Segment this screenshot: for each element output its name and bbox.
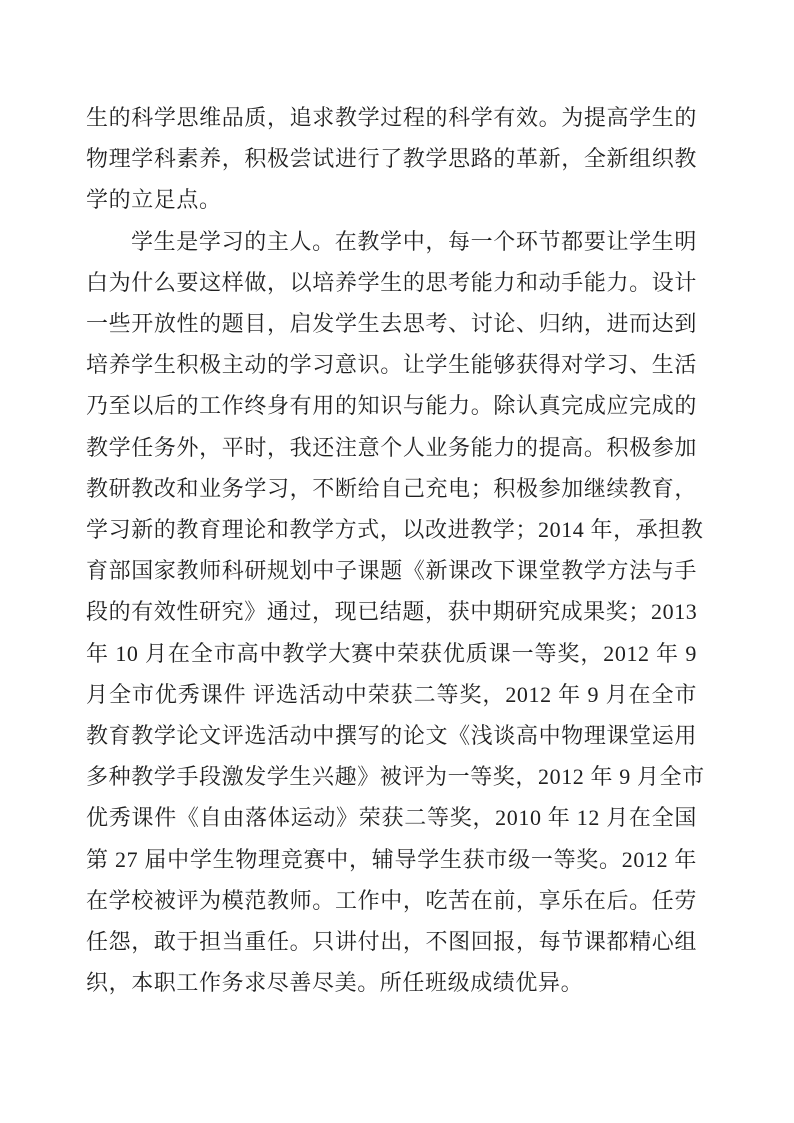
text-line: 第 27 届中学生物理竞赛中，辅导学生获市级一等奖。2012 年	[86, 839, 697, 880]
text-line: 教研教改和业务学习，不断给自己充电；积极参加继续教育，	[86, 468, 697, 509]
paragraph: 生的科学思维品质，追求教学过程的科学有效。为提高学生的物理学科素养，积极尝试进行…	[86, 97, 697, 221]
text-line: 月全市优秀课件 评选活动中荣获二等奖，2012 年 9 月在全市	[86, 674, 697, 715]
paragraph: 学生是学习的主人。在教学中，每一个环节都要让学生明白为什么要这样做，以培养学生的…	[86, 221, 697, 1004]
text-line: 任怨，敢于担当重任。只讲付出，不图回报，每节课都精心组	[86, 921, 697, 962]
text-line: 育部国家教师科研规划中子课题《新课改下课堂教学方法与手	[86, 550, 697, 591]
text-line: 培养学生积极主动的学习意识。让学生能够获得对学习、生活	[86, 344, 697, 385]
text-line: 一些开放性的题目，启发学生去思考、讨论、归纳，进而达到	[86, 303, 697, 344]
text-line: 乃至以后的工作终身有用的知识与能力。除认真完成应完成的	[86, 385, 697, 426]
text-line: 在学校被评为模范教师。工作中，吃苦在前，享乐在后。任劳	[86, 880, 697, 921]
text-line: 优秀课件《自由落体运动》荣获二等奖，2010 年 12 月在全国	[86, 797, 697, 838]
document-page: 生的科学思维品质，追求教学过程的科学有效。为提高学生的物理学科素养，积极尝试进行…	[0, 0, 794, 1123]
text-line: 学的立足点。	[86, 179, 697, 220]
text-line: 白为什么要这样做，以培养学生的思考能力和动手能力。设计	[86, 262, 697, 303]
text-line: 教育教学论文评选活动中撰写的论文《浅谈高中物理课堂运用	[86, 715, 697, 756]
text-line: 织，本职工作务求尽善尽美。所任班级成绩优异。	[86, 962, 697, 1003]
text-line: 教学任务外，平时，我还注意个人业务能力的提高。积极参加	[86, 427, 697, 468]
text-line: 学生是学习的主人。在教学中，每一个环节都要让学生明	[86, 221, 697, 262]
document-body: 生的科学思维品质，追求教学过程的科学有效。为提高学生的物理学科素养，积极尝试进行…	[86, 97, 697, 1003]
text-line: 年 10 月在全市高中教学大赛中荣获优质课一等奖，2012 年 9	[86, 633, 697, 674]
text-line: 段的有效性研究》通过，现已结题，获中期研究成果奖；2013	[86, 591, 697, 632]
text-line: 生的科学思维品质，追求教学过程的科学有效。为提高学生的	[86, 97, 697, 138]
text-line: 物理学科素养，积极尝试进行了教学思路的革新，全新组织教	[86, 138, 697, 179]
text-line: 多种教学手段激发学生兴趣》被评为一等奖，2012 年 9 月全市	[86, 756, 697, 797]
text-line: 学习新的教育理论和教学方式，以改进教学；2014 年，承担教	[86, 509, 697, 550]
